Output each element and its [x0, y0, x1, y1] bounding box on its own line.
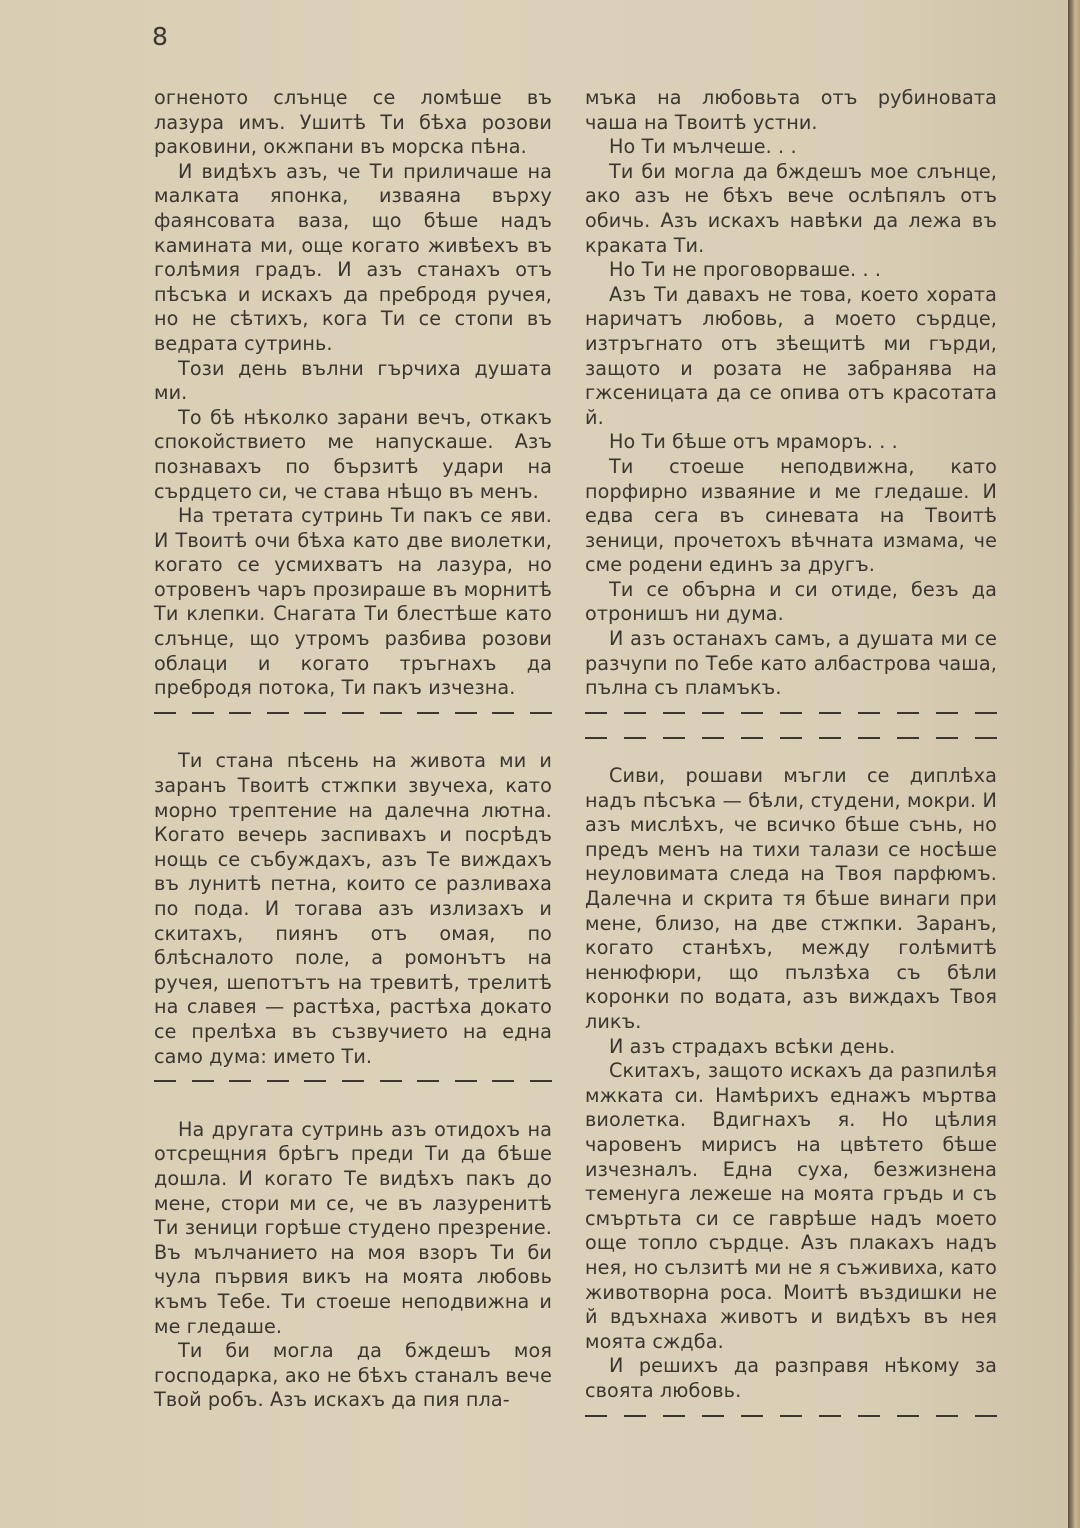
page-number: 8: [152, 22, 168, 51]
paragraph: На другата сутринь азъ отидохъ на отсрещ…: [154, 1118, 552, 1339]
paragraph: И азъ останахъ самъ, а душата ми се разч…: [585, 627, 997, 701]
paragraph: Ти стана пѣсень на живота ми и заранъ Тв…: [154, 749, 552, 1069]
paragraph: И азъ страдахъ всѣки день.: [585, 1035, 997, 1060]
paragraph: Ти би могла да бждешъ мое слънце, ако аз…: [585, 160, 997, 258]
paragraph: мъка на любовьта отъ рубиновата чаша на …: [585, 86, 997, 135]
paragraph: Но Ти мълчеше. . .: [585, 135, 997, 160]
page-edge: [1068, 0, 1080, 1528]
paragraph: И решихъ да разправя нѣкому за своята лю…: [585, 1354, 997, 1403]
paragraph: Но Ти бѣше отъ мраморъ. . .: [585, 430, 997, 455]
paragraph: Азъ Ти давахъ не това, което хората нари…: [585, 283, 997, 431]
paragraph: На третата сутринь Ти пакъ се яви. И Тво…: [154, 504, 552, 701]
paragraph: огненото слънце се ломѣше въ лазура имъ.…: [154, 86, 552, 160]
section-separator: [585, 1403, 997, 1428]
paragraph: То бѣ нѣколко зарани вечъ, откакъ спокой…: [154, 406, 552, 504]
right-column: мъка на любовьта отъ рубиновата чаша на …: [585, 86, 997, 1428]
section-separator: [154, 701, 552, 726]
paragraph: Ти стоеше неподвижна, като порфирно изва…: [585, 455, 997, 578]
paragraph: Ти се обърна и си отиде, безъ да отрониш…: [585, 578, 997, 627]
paragraph: Но Ти не проговорваше. . .: [585, 258, 997, 283]
paragraph: И видѣхъ азъ, че Ти приличаше на малката…: [154, 160, 552, 357]
left-column: огненото слънце се ломѣше въ лазура имъ.…: [154, 86, 552, 1413]
paragraph: Този день вълни гърчиха душата ми.: [154, 357, 552, 406]
paragraph: Ти би могла да бждешъ моя господарка, ак…: [154, 1339, 552, 1413]
section-separator: [585, 725, 997, 750]
section-separator: [154, 1069, 552, 1094]
paragraph: Сиви, рошави мъгли се диплѣха надъ пѣсък…: [585, 764, 997, 1035]
section-separator: [585, 701, 997, 726]
book-page: 8 огненото слънце се ломѣше въ лазура им…: [0, 0, 1068, 1528]
paragraph: Скитахъ, защото искахъ да разпилѣя мжкат…: [585, 1059, 997, 1354]
